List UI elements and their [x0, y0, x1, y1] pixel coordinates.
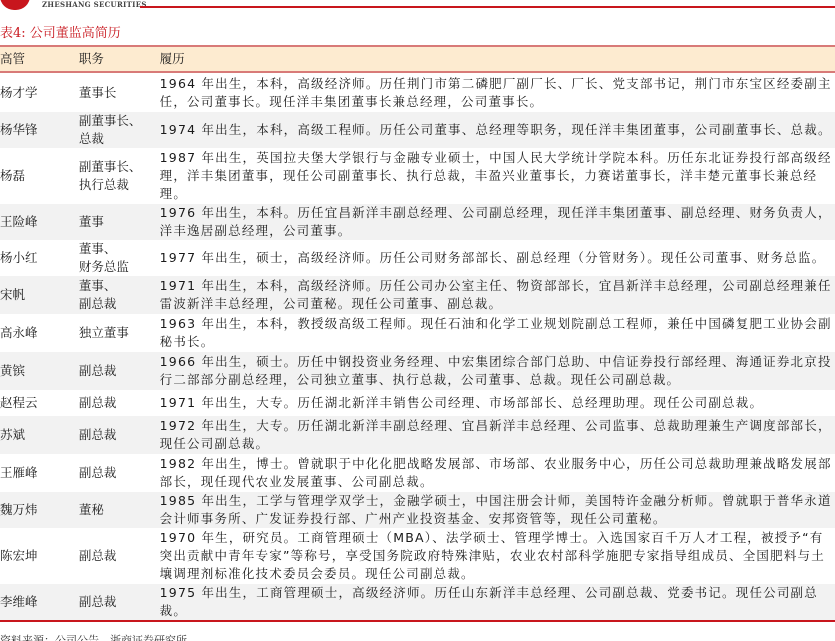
brand-name: ZHESHANG SECURITIES	[42, 0, 147, 9]
table-row: 杨小红董事、财务总监1977 年出生，硕士，高级经济师。历任公司财务部部长、副总…	[0, 240, 835, 276]
table-row: 李维峰副总裁1975 年出生，工商管理硕士，高级经济师。历任山东新洋丰总经理、公…	[0, 584, 835, 621]
executive-position: 董事长	[79, 72, 160, 112]
table-row: 宋帆董事、副总裁1971 年出生，本科，高级经济师。历任公司办公室主任、物资部部…	[0, 276, 835, 314]
position-line: 副总裁	[79, 547, 160, 565]
executive-resume: 1982 年出生，博士。曾就职于中化化肥战略发展部、市场部、农业服务中心，历任公…	[160, 454, 835, 492]
executive-position: 副总裁	[79, 390, 160, 416]
executive-position: 副总裁	[79, 528, 160, 584]
position-line: 财务总监	[79, 258, 160, 276]
executive-resume: 1972 年出生，大专。历任湖北新洋丰副总经理、宜昌新洋丰总经理、公司监事、总裁…	[160, 416, 835, 454]
table-row: 陈宏坤副总裁1970 年生，研究员。工商管理硕士（MBA）、法学硕士、管理学博士…	[0, 528, 835, 584]
position-line: 副总裁	[79, 362, 160, 380]
table-row: 杨才学董事长1964 年出生，本科，高级经济师。历任荆门市第二磷肥厂副厂长、厂长…	[0, 72, 835, 112]
column-header-position: 职务	[79, 46, 160, 72]
position-line: 董秘	[79, 501, 160, 519]
executive-name: 高永峰	[0, 314, 79, 352]
position-line: 副总裁	[79, 593, 160, 611]
executive-resume: 1971 年出生，本科，高级经济师。历任公司办公室主任、物资部部长，宜昌新洋丰总…	[160, 276, 835, 314]
executive-name: 王雁峰	[0, 454, 79, 492]
executive-position: 副总裁	[79, 584, 160, 621]
source-note: 资料来源：公司公告，浙商证券研究所	[0, 632, 187, 641]
executive-name: 宋帆	[0, 276, 79, 314]
page-header: ZHESHANG SECURITIES	[0, 0, 835, 12]
position-line: 总裁	[79, 130, 160, 148]
table-row: 赵程云副总裁1971 年出生，大专。历任湖北新洋丰销售公司经理、市场部部长、总经…	[0, 390, 835, 416]
column-header-executive: 高管	[0, 46, 79, 72]
table-row: 王险峰董事1976 年出生，本科。历任宜昌新洋丰副总经理、公司副总经理，现任洋丰…	[0, 204, 835, 240]
executive-name: 苏斌	[0, 416, 79, 454]
executive-resume: 1977 年出生，硕士，高级经济师。历任公司财务部部长、副总经理（分管财务）。现…	[160, 240, 835, 276]
executive-resume: 1963 年出生，本科，教授级高级工程师。现任石油和化学工业规划院副总工程师，兼…	[160, 314, 835, 352]
executive-name: 李维峰	[0, 584, 79, 621]
position-line: 董事	[79, 213, 160, 231]
executive-position: 董事、副总裁	[79, 276, 160, 314]
executive-position: 副总裁	[79, 352, 160, 390]
executive-name: 陈宏坤	[0, 528, 79, 584]
executive-position: 副董事长、执行总裁	[79, 148, 160, 204]
executive-name: 杨磊	[0, 148, 79, 204]
table-row: 魏万炜董秘1985 年出生，工学与管理学双学士，金融学硕士，中国注册会计师，美国…	[0, 492, 835, 528]
position-line: 独立董事	[79, 324, 160, 342]
executive-resume: 1985 年出生，工学与管理学双学士，金融学硕士，中国注册会计师，美国特许金融分…	[160, 492, 835, 528]
executive-name: 赵程云	[0, 390, 79, 416]
header-divider	[140, 6, 835, 8]
executive-position: 副董事长、总裁	[79, 112, 160, 148]
executive-position: 董事	[79, 204, 160, 240]
position-line: 董事、	[79, 277, 160, 295]
executive-bio-table: 高管 职务 履历 杨才学董事长1964 年出生，本科，高级经济师。历任荆门市第二…	[0, 45, 835, 622]
table-row: 苏斌副总裁1972 年出生，大专。历任湖北新洋丰副总经理、宜昌新洋丰总经理、公司…	[0, 416, 835, 454]
executive-resume: 1964 年出生，本科，高级经济师。历任荆门市第二磷肥厂副厂长、厂长、党支部书记…	[160, 72, 835, 112]
position-line: 董事长	[79, 84, 160, 102]
executive-name: 杨华锋	[0, 112, 79, 148]
executive-position: 副总裁	[79, 454, 160, 492]
executive-resume: 1970 年生，研究员。工商管理硕士（MBA）、法学硕士、管理学博士。入选国家百…	[160, 528, 835, 584]
executive-resume: 1976 年出生，本科。历任宜昌新洋丰副总经理、公司副总经理，现任洋丰集团董事、…	[160, 204, 835, 240]
position-line: 副总裁	[79, 464, 160, 482]
position-line: 执行总裁	[79, 176, 160, 194]
table-row: 杨磊副董事长、执行总裁1987 年出生，英国拉夫堡大学银行与金融专业硕士，中国人…	[0, 148, 835, 204]
executive-name: 王险峰	[0, 204, 79, 240]
table-row: 黄镔副总裁1966 年出生，硕士。历任中钢投资业务经理、中宏集团综合部门总助、中…	[0, 352, 835, 390]
executive-name: 杨小红	[0, 240, 79, 276]
company-logo-icon	[0, 0, 30, 10]
executive-position: 董秘	[79, 492, 160, 528]
executive-name: 黄镔	[0, 352, 79, 390]
executive-resume: 1987 年出生，英国拉夫堡大学银行与金融专业硕士，中国人民大学统计学院本科。历…	[160, 148, 835, 204]
executive-resume: 1966 年出生，硕士。历任中钢投资业务经理、中宏集团综合部门总助、中信证券投行…	[160, 352, 835, 390]
executive-resume: 1971 年出生，大专。历任湖北新洋丰销售公司经理、市场部部长、总经理助理。现任…	[160, 390, 835, 416]
table-caption: 表4: 公司董监高简历	[0, 22, 121, 41]
table-row: 杨华锋副董事长、总裁1974 年出生，本科，高级工程师。历任公司董事、总经理等职…	[0, 112, 835, 148]
executive-position: 独立董事	[79, 314, 160, 352]
executive-resume: 1975 年出生，工商管理硕士，高级经济师。历任山东新洋丰总经理、公司副总裁、党…	[160, 584, 835, 621]
position-line: 董事、	[79, 240, 160, 258]
table-row: 王雁峰副总裁1982 年出生，博士。曾就职于中化化肥战略发展部、市场部、农业服务…	[0, 454, 835, 492]
position-line: 副董事长、	[79, 112, 160, 130]
position-line: 副董事长、	[79, 158, 160, 176]
executive-name: 魏万炜	[0, 492, 79, 528]
executive-position: 副总裁	[79, 416, 160, 454]
table-header-row: 高管 职务 履历	[0, 46, 835, 72]
column-header-resume: 履历	[160, 46, 835, 72]
executive-position: 董事、财务总监	[79, 240, 160, 276]
executive-resume: 1974 年出生，本科，高级工程师。历任公司董事、总经理等职务，现任洋丰集团董事…	[160, 112, 835, 148]
executive-name: 杨才学	[0, 72, 79, 112]
position-line: 副总裁	[79, 394, 160, 412]
table-row: 高永峰独立董事1963 年出生，本科，教授级高级工程师。现任石油和化学工业规划院…	[0, 314, 835, 352]
position-line: 副总裁	[79, 295, 160, 313]
position-line: 副总裁	[79, 426, 160, 444]
